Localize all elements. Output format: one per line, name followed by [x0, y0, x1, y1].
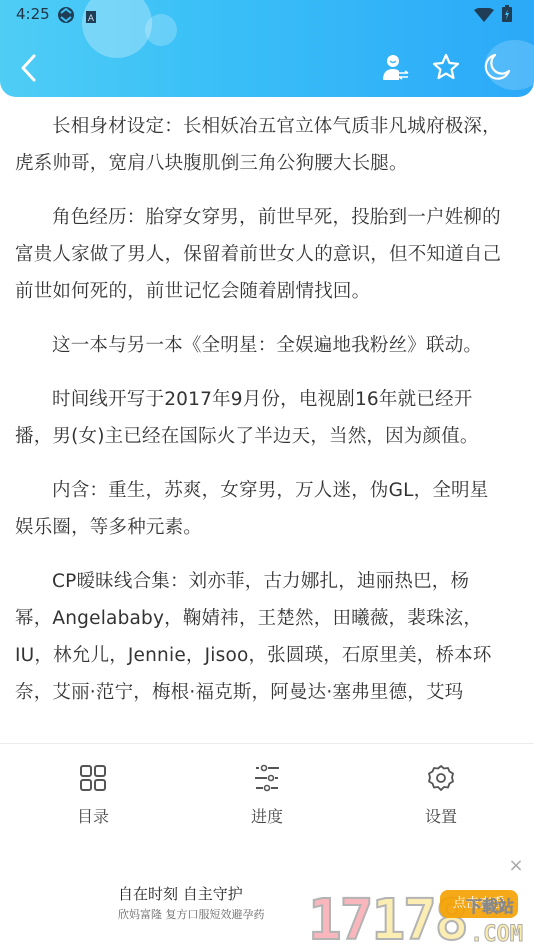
sliders-progress-icon — [253, 764, 281, 792]
tab-label: 设置 — [401, 804, 481, 827]
tab-settings[interactable]: 设置 — [401, 764, 481, 827]
grid-catalog-icon — [79, 764, 107, 792]
paragraph: 时间线开写于2017年9月份，电视剧16年就已经开播，男(女)主已经在国际火了半… — [15, 381, 505, 455]
star-icon — [431, 52, 461, 82]
sync-icon — [57, 6, 75, 28]
paragraph: 内含：重生，苏爽，女穿男，万人迷，伪GL，全明星娱乐圈，等多种元素。 — [15, 472, 505, 546]
a11y-a-icon: A — [86, 8, 96, 27]
svg-text:A: A — [88, 14, 95, 23]
reader-toolbar: 目录 进度 设置 — [0, 743, 534, 850]
battery-charging-icon — [502, 5, 512, 26]
watermark-label: 下载站 — [466, 894, 514, 917]
paragraph: 角色经历：胎穿女穿男，前世早死，投胎到一户姓柳的富贵人家做了男人，保留着前世女人… — [15, 199, 505, 310]
ad-close-icon[interactable]: × — [506, 856, 526, 876]
switch-user-icon — [380, 52, 410, 82]
tab-progress[interactable]: 进度 — [227, 764, 307, 827]
ad-subtitle: 欣妈富隆 复方口服短效避孕药 — [118, 906, 265, 922]
tab-label: 目录 — [53, 804, 133, 827]
wifi-icon — [474, 7, 494, 26]
chevron-left-icon — [14, 50, 46, 86]
ad-title: 自在时刻 自主守护 — [118, 883, 243, 904]
night-mode-moon-icon — [482, 52, 512, 82]
switch-user-button[interactable] — [380, 52, 410, 82]
paragraph: 这一本与另一本《全明星：全娱遍地我粉丝》联动。 — [15, 327, 505, 364]
tab-label: 进度 — [227, 804, 307, 827]
bookmark-star-button[interactable] — [431, 52, 461, 82]
night-mode-button[interactable] — [482, 52, 512, 82]
watermark-domain: .COM — [470, 922, 523, 947]
reader-header: 4:25 A — [0, 0, 534, 97]
tab-catalog[interactable]: 目录 — [53, 764, 133, 827]
status-time: 4:25 — [16, 5, 50, 23]
gear-settings-icon — [427, 764, 455, 792]
paragraph: CP暧昧线合集：刘亦菲，古力娜扎，迪丽热巴，杨幂，Angelababy，鞠婧祎，… — [15, 563, 505, 711]
status-bar: 4:25 A — [0, 0, 534, 28]
chapter-text: 长相身材设定：长相妖冶五官立体气质非凡城府极深，虎系帅哥，宽肩八块腹肌倒三角公狗… — [15, 108, 505, 728]
paragraph: 长相身材设定：长相妖冶五官立体气质非凡城府极深，虎系帅哥，宽肩八块腹肌倒三角公狗… — [15, 108, 505, 182]
ad-banner[interactable]: × 自在时刻 自主守护 欣妈富隆 复方口服短效避孕药 17178 点击查看 下载… — [0, 850, 534, 950]
back-button[interactable] — [14, 50, 46, 86]
